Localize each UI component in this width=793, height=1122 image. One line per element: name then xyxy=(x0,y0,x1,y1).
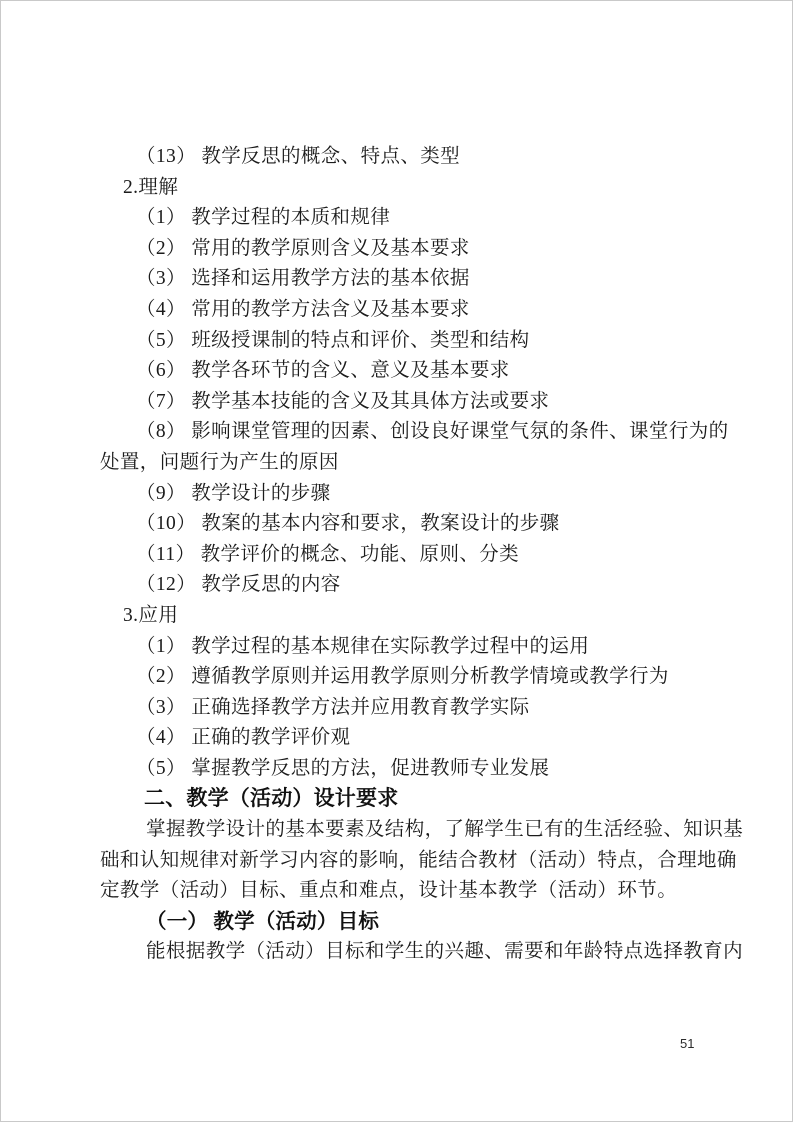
document-line: （2） 遵循教学原则并运用教学原则分析教学情境或教学行为 xyxy=(100,662,700,693)
document-line: （11） 教学评价的概念、功能、原则、分类 xyxy=(100,540,700,571)
document-line: 能根据教学（活动）目标和学生的兴趣、需要和年龄特点选择教育内 xyxy=(100,937,700,968)
document-line: 定教学（活动）目标、重点和难点，设计基本教学（活动）环节。 xyxy=(100,876,700,907)
document-line: （12） 教学反思的内容 xyxy=(100,570,700,601)
document-line: （4） 常用的教学方法含义及基本要求 xyxy=(100,295,700,326)
document-page: （13） 教学反思的概念、特点、类型2.理解（1） 教学过程的本质和规律（2） … xyxy=(0,0,793,1122)
document-line: （7） 教学基本技能的含义及其具体方法或要求 xyxy=(100,387,700,418)
document-line: 2.理解 xyxy=(100,173,700,204)
document-line: （10） 教案的基本内容和要求，教案设计的步骤 xyxy=(100,509,700,540)
document-line: （5） 班级授课制的特点和评价、类型和结构 xyxy=(100,326,700,357)
document-line: （3） 选择和运用教学方法的基本依据 xyxy=(100,264,700,295)
document-line: （2） 常用的教学原则含义及基本要求 xyxy=(100,234,700,265)
document-line: （1） 教学过程的基本规律在实际教学过程中的运用 xyxy=(100,632,700,663)
document-line: （4） 正确的教学评价观 xyxy=(100,723,700,754)
document-line: （5） 掌握教学反思的方法，促进教师专业发展 xyxy=(100,754,700,785)
document-line: 3.应用 xyxy=(100,601,700,632)
document-body: （13） 教学反思的概念、特点、类型2.理解（1） 教学过程的本质和规律（2） … xyxy=(100,142,700,968)
document-line: （一） 教学（活动）目标 xyxy=(100,907,700,938)
document-line: 处置，问题行为产生的原因 xyxy=(100,448,700,479)
document-line: 掌握教学设计的基本要素及结构，了解学生已有的生活经验、知识基 xyxy=(100,815,700,846)
document-line: 础和认知规律对新学习内容的影响，能结合教材（活动）特点，合理地确 xyxy=(100,846,700,877)
document-line: （9） 教学设计的步骤 xyxy=(100,479,700,510)
page-number: 51 xyxy=(680,1036,694,1051)
document-line: （3） 正确选择教学方法并应用教育教学实际 xyxy=(100,693,700,724)
document-line: （6） 教学各环节的含义、意义及基本要求 xyxy=(100,356,700,387)
document-line: （13） 教学反思的概念、特点、类型 xyxy=(100,142,700,173)
document-line: 二、教学（活动）设计要求 xyxy=(100,784,700,815)
document-line: （8） 影响课堂管理的因素、创设良好课堂气氛的条件、课堂行为的 xyxy=(100,417,700,448)
document-line: （1） 教学过程的本质和规律 xyxy=(100,203,700,234)
